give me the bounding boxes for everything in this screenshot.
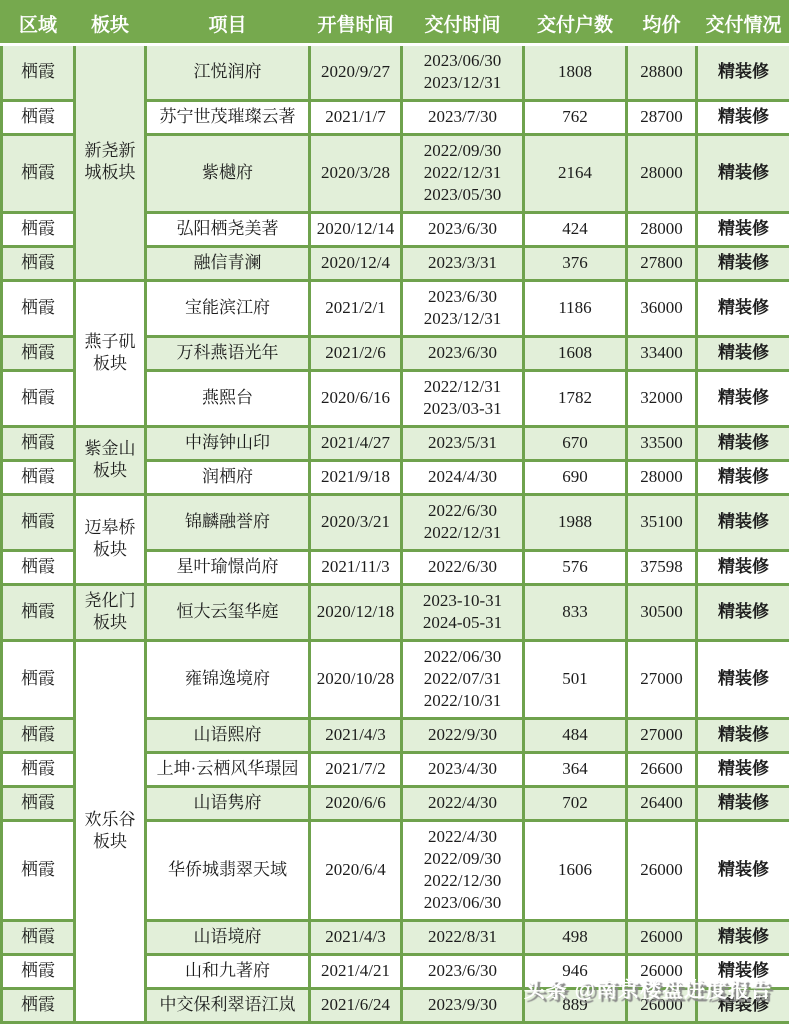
- region-cell: 栖霞: [2, 921, 75, 955]
- status-cell: 精装修: [697, 213, 789, 247]
- project-cell: 雍锦逸境府: [146, 641, 310, 719]
- sale-date-cell: 2021/2/6: [310, 337, 402, 371]
- project-cell: 紫樾府: [146, 135, 310, 213]
- households-cell: 364: [524, 753, 627, 787]
- col-header-status: 交付情况: [697, 2, 789, 45]
- page: 区域 板块 项目 开售时间 交付时间 交付户数 均价 交付情况 栖霞新尧新城板块…: [0, 0, 789, 1024]
- block-cell: 紫金山板块: [75, 427, 146, 495]
- project-cell: 万科燕语光年: [146, 337, 310, 371]
- region-cell: 栖霞: [2, 955, 75, 989]
- avg-price-cell: 28800: [627, 45, 697, 101]
- avg-price-cell: 32000: [627, 371, 697, 427]
- avg-price-cell: 26000: [627, 921, 697, 955]
- region-cell: 栖霞: [2, 427, 75, 461]
- delivery-date-cell: 2022/06/30 2022/07/31 2022/10/31: [402, 641, 524, 719]
- avg-price-cell: 33500: [627, 427, 697, 461]
- sale-date-cell: 2021/7/2: [310, 753, 402, 787]
- delivery-date-cell: 2024/4/30: [402, 461, 524, 495]
- project-cell: 山语隽府: [146, 787, 310, 821]
- avg-price-cell: 28700: [627, 101, 697, 135]
- delivery-date-cell: 2023/3/31: [402, 247, 524, 281]
- households-cell: 833: [524, 585, 627, 641]
- status-cell: 精装修: [697, 821, 789, 921]
- sale-date-cell: 2020/6/16: [310, 371, 402, 427]
- households-cell: 1606: [524, 821, 627, 921]
- col-header-sale-date: 开售时间: [310, 2, 402, 45]
- project-cell: 山语熙府: [146, 719, 310, 753]
- status-cell: 精装修: [697, 641, 789, 719]
- delivery-date-cell: 2023/06/30 2023/12/31: [402, 45, 524, 101]
- region-cell: 栖霞: [2, 753, 75, 787]
- delivery-date-cell: 2023/4/30: [402, 753, 524, 787]
- avg-price-cell: 33400: [627, 337, 697, 371]
- delivery-date-cell: 2023/9/30: [402, 989, 524, 1023]
- project-cell: 融信青澜: [146, 247, 310, 281]
- status-cell: 精装修: [697, 427, 789, 461]
- status-cell: 精装修: [697, 337, 789, 371]
- project-cell: 中交保利翠语江岚: [146, 989, 310, 1023]
- delivery-date-cell: 2022/4/30: [402, 787, 524, 821]
- sale-date-cell: 2020/12/14: [310, 213, 402, 247]
- avg-price-cell: 27000: [627, 719, 697, 753]
- delivery-date-cell: 2022/6/30: [402, 551, 524, 585]
- project-cell: 星叶瑜憬尚府: [146, 551, 310, 585]
- delivery-date-cell: 2022/8/31: [402, 921, 524, 955]
- region-cell: 栖霞: [2, 135, 75, 213]
- status-cell: 精装修: [697, 135, 789, 213]
- households-cell: 1608: [524, 337, 627, 371]
- col-header-households: 交付户数: [524, 2, 627, 45]
- delivery-date-cell: 2023/6/30 2023/12/31: [402, 281, 524, 337]
- avg-price-cell: 30500: [627, 585, 697, 641]
- region-cell: 栖霞: [2, 719, 75, 753]
- status-cell: 精装修: [697, 45, 789, 101]
- sale-date-cell: 2021/4/27: [310, 427, 402, 461]
- sale-date-cell: 2020/12/18: [310, 585, 402, 641]
- region-cell: 栖霞: [2, 641, 75, 719]
- table-row: 栖霞紫金山板块中海钟山印2021/4/272023/5/3167033500精装…: [2, 427, 789, 461]
- status-cell: 精装修: [697, 495, 789, 551]
- delivery-date-cell: 2022/4/30 2022/09/30 2022/12/30 2023/06/…: [402, 821, 524, 921]
- avg-price-cell: 27800: [627, 247, 697, 281]
- project-cell: 锦麟融誉府: [146, 495, 310, 551]
- delivery-date-cell: 2022/09/30 2022/12/31 2023/05/30: [402, 135, 524, 213]
- block-cell: 欢乐谷板块: [75, 641, 146, 1023]
- delivery-date-cell: 2023/6/30: [402, 337, 524, 371]
- status-cell: 精装修: [697, 585, 789, 641]
- project-cell: 宝能滨江府: [146, 281, 310, 337]
- status-cell: 精装修: [697, 101, 789, 135]
- status-cell: 精装修: [697, 461, 789, 495]
- region-cell: 栖霞: [2, 371, 75, 427]
- avg-price-cell: 26600: [627, 753, 697, 787]
- avg-price-cell: 28000: [627, 461, 697, 495]
- households-cell: 2164: [524, 135, 627, 213]
- avg-price-cell: 28000: [627, 213, 697, 247]
- block-cell: 尧化门板块: [75, 585, 146, 641]
- sale-date-cell: 2021/1/7: [310, 101, 402, 135]
- sale-date-cell: 2021/6/24: [310, 989, 402, 1023]
- households-cell: 670: [524, 427, 627, 461]
- households-cell: 576: [524, 551, 627, 585]
- avg-price-cell: 26000: [627, 821, 697, 921]
- sale-date-cell: 2020/6/4: [310, 821, 402, 921]
- block-cell: 燕子矶板块: [75, 281, 146, 427]
- status-cell: 精装修: [697, 551, 789, 585]
- region-cell: 栖霞: [2, 495, 75, 551]
- status-cell: 精装修: [697, 921, 789, 955]
- col-header-avg-price: 均价: [627, 2, 697, 45]
- status-cell: 精装修: [697, 753, 789, 787]
- avg-price-cell: 35100: [627, 495, 697, 551]
- project-cell: 苏宁世茂璀璨云著: [146, 101, 310, 135]
- table-row: 栖霞新尧新城板块江悦润府2020/9/272023/06/30 2023/12/…: [2, 45, 789, 101]
- avg-price-cell: 37598: [627, 551, 697, 585]
- project-cell: 山和九著府: [146, 955, 310, 989]
- households-cell: 501: [524, 641, 627, 719]
- sale-date-cell: 2020/3/28: [310, 135, 402, 213]
- table-row: 栖霞欢乐谷板块雍锦逸境府2020/10/282022/06/30 2022/07…: [2, 641, 789, 719]
- delivery-date-cell: 2023/7/30: [402, 101, 524, 135]
- project-cell: 中海钟山印: [146, 427, 310, 461]
- region-cell: 栖霞: [2, 281, 75, 337]
- col-header-region: 区域: [2, 2, 75, 45]
- table-row: 栖霞尧化门板块恒大云玺华庭2020/12/182023-10-31 2024-0…: [2, 585, 789, 641]
- region-cell: 栖霞: [2, 585, 75, 641]
- delivery-date-cell: 2022/9/30: [402, 719, 524, 753]
- region-cell: 栖霞: [2, 461, 75, 495]
- region-cell: 栖霞: [2, 989, 75, 1023]
- region-cell: 栖霞: [2, 247, 75, 281]
- col-header-delivery-date: 交付时间: [402, 2, 524, 45]
- region-cell: 栖霞: [2, 101, 75, 135]
- block-cell: 迈皋桥板块: [75, 495, 146, 585]
- households-cell: 1808: [524, 45, 627, 101]
- sale-date-cell: 2021/4/3: [310, 719, 402, 753]
- delivery-date-cell: 2023/5/31: [402, 427, 524, 461]
- status-cell: 精装修: [697, 719, 789, 753]
- table-header: 区域 板块 项目 开售时间 交付时间 交付户数 均价 交付情况: [2, 2, 789, 45]
- region-cell: 栖霞: [2, 787, 75, 821]
- sale-date-cell: 2020/10/28: [310, 641, 402, 719]
- sale-date-cell: 2020/12/4: [310, 247, 402, 281]
- housing-delivery-table: 区域 板块 项目 开售时间 交付时间 交付户数 均价 交付情况 栖霞新尧新城板块…: [0, 0, 789, 1024]
- avg-price-cell: 28000: [627, 135, 697, 213]
- avg-price-cell: 26400: [627, 787, 697, 821]
- sale-date-cell: 2020/6/6: [310, 787, 402, 821]
- header-row: 区域 板块 项目 开售时间 交付时间 交付户数 均价 交付情况: [2, 2, 789, 45]
- sale-date-cell: 2021/4/21: [310, 955, 402, 989]
- project-cell: 上坤·云栖风华璟园: [146, 753, 310, 787]
- col-header-project: 项目: [146, 2, 310, 45]
- status-cell: 精装修: [697, 787, 789, 821]
- delivery-date-cell: 2022/6/30 2022/12/31: [402, 495, 524, 551]
- households-cell: 376: [524, 247, 627, 281]
- status-cell: 精装修: [697, 247, 789, 281]
- sale-date-cell: 2021/4/3: [310, 921, 402, 955]
- households-cell: 1988: [524, 495, 627, 551]
- project-cell: 弘阳栖尧美著: [146, 213, 310, 247]
- households-cell: 424: [524, 213, 627, 247]
- region-cell: 栖霞: [2, 337, 75, 371]
- delivery-date-cell: 2023/6/30: [402, 213, 524, 247]
- sale-date-cell: 2021/2/1: [310, 281, 402, 337]
- sale-date-cell: 2021/11/3: [310, 551, 402, 585]
- households-cell: 484: [524, 719, 627, 753]
- project-cell: 华侨城翡翠天域: [146, 821, 310, 921]
- sale-date-cell: 2021/9/18: [310, 461, 402, 495]
- households-cell: 498: [524, 921, 627, 955]
- project-cell: 润栖府: [146, 461, 310, 495]
- region-cell: 栖霞: [2, 45, 75, 101]
- table-row: 栖霞燕子矶板块宝能滨江府2021/2/12023/6/30 2023/12/31…: [2, 281, 789, 337]
- block-cell: 新尧新城板块: [75, 45, 146, 281]
- col-header-block: 板块: [75, 2, 146, 45]
- status-cell: 精装修: [697, 281, 789, 337]
- households-cell: 702: [524, 787, 627, 821]
- avg-price-cell: 27000: [627, 641, 697, 719]
- status-cell: 精装修: [697, 371, 789, 427]
- households-cell: 762: [524, 101, 627, 135]
- region-cell: 栖霞: [2, 213, 75, 247]
- sale-date-cell: 2020/3/21: [310, 495, 402, 551]
- project-cell: 山语境府: [146, 921, 310, 955]
- delivery-date-cell: 2023-10-31 2024-05-31: [402, 585, 524, 641]
- region-cell: 栖霞: [2, 551, 75, 585]
- project-cell: 江悦润府: [146, 45, 310, 101]
- project-cell: 燕熙台: [146, 371, 310, 427]
- delivery-date-cell: 2023/6/30: [402, 955, 524, 989]
- households-cell: 1782: [524, 371, 627, 427]
- region-cell: 栖霞: [2, 821, 75, 921]
- watermark: 头条 @南京楼盘进度报告: [524, 974, 772, 1004]
- sale-date-cell: 2020/9/27: [310, 45, 402, 101]
- table-row: 栖霞迈皋桥板块锦麟融誉府2020/3/212022/6/30 2022/12/3…: [2, 495, 789, 551]
- households-cell: 1186: [524, 281, 627, 337]
- households-cell: 690: [524, 461, 627, 495]
- avg-price-cell: 36000: [627, 281, 697, 337]
- table-body: 栖霞新尧新城板块江悦润府2020/9/272023/06/30 2023/12/…: [2, 45, 789, 1023]
- project-cell: 恒大云玺华庭: [146, 585, 310, 641]
- delivery-date-cell: 2022/12/31 2023/03-31: [402, 371, 524, 427]
